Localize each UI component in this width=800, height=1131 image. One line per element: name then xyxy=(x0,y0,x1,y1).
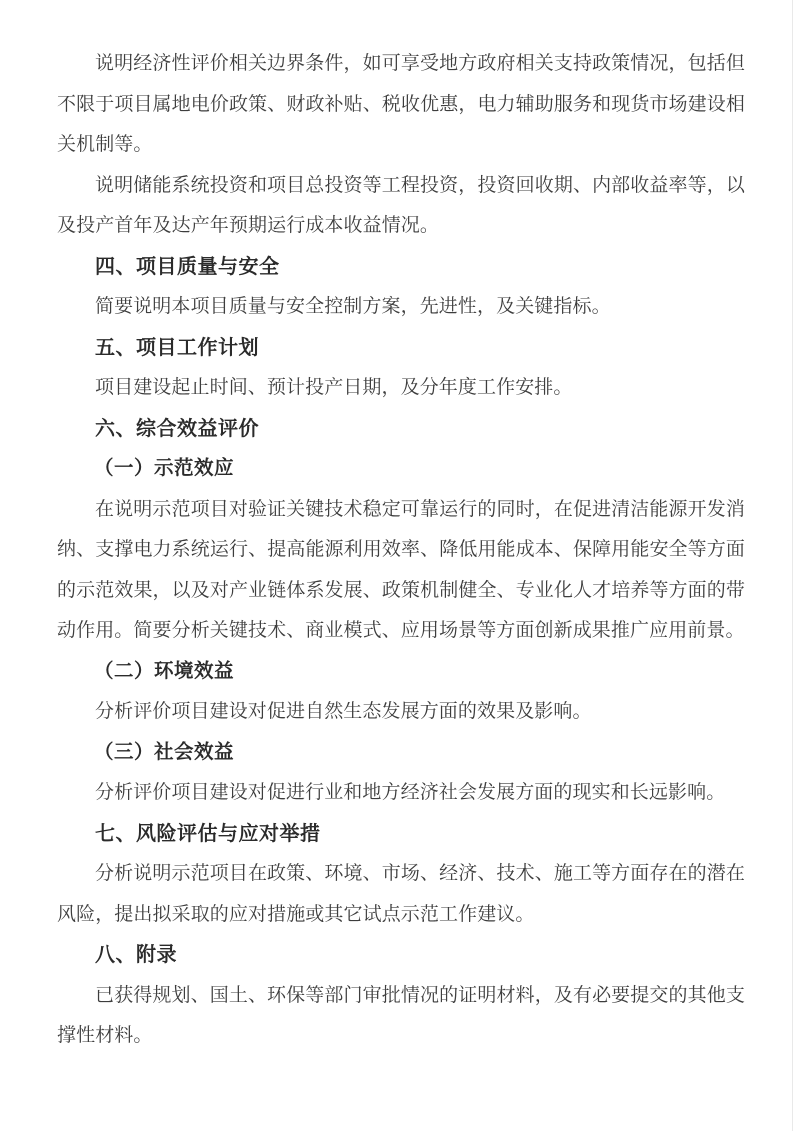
heading-section-4-quality-safety: 四、项目质量与安全 xyxy=(57,247,745,288)
para-environmental-benefit: 分析评价项目建设对促进自然生态发展方面的效果及影响。 xyxy=(57,692,745,733)
subheading-3-social-benefit: （三）社会效益 xyxy=(57,733,745,774)
subheading-2-environmental-benefit: （二）环境效益 xyxy=(57,652,745,693)
document-page: 说明经济性评价相关边界条件，如可享受地方政府相关支持政策情况，包括但不限于项目属… xyxy=(0,0,800,1131)
para-quality-safety-plan: 简要说明本项目质量与安全控制方案，先进性，及关键指标。 xyxy=(57,287,745,328)
para-investment-returns: 说明储能系统投资和项目总投资等工程投资，投资回收期、内部收益率等，以及投产首年及… xyxy=(57,166,745,247)
subheading-1-demonstration-effect: （一）示范效应 xyxy=(57,449,745,490)
para-social-benefit: 分析评价项目建设对促进行业和地方经济社会发展方面的现实和长远影响。 xyxy=(57,773,745,814)
para-demonstration-effect: 在说明示范项目对验证关键技术稳定可靠运行的同时，在促进清洁能源开发消纳、支撑电力… xyxy=(57,490,745,652)
scan-edge-line xyxy=(792,0,793,1131)
document-content: 说明经济性评价相关边界条件，如可享受地方政府相关支持政策情况，包括但不限于项目属… xyxy=(57,44,745,1057)
para-risk-response: 分析说明示范项目在政策、环境、市场、经济、技术、施工等方面存在的潜在风险，提出拟… xyxy=(57,854,745,935)
heading-section-7-risk-response: 七、风险评估与应对举措 xyxy=(57,814,745,855)
para-appendix-materials: 已获得规划、国土、环保等部门审批情况的证明材料，及有必要提交的其他支撑性材料。 xyxy=(57,976,745,1057)
heading-section-5-work-plan: 五、项目工作计划 xyxy=(57,328,745,369)
heading-section-8-appendix: 八、附录 xyxy=(57,935,745,976)
para-schedule: 项目建设起止时间、预计投产日期，及分年度工作安排。 xyxy=(57,368,745,409)
para-economic-boundary: 说明经济性评价相关边界条件，如可享受地方政府相关支持政策情况，包括但不限于项目属… xyxy=(57,44,745,166)
heading-section-6-benefit-evaluation: 六、综合效益评价 xyxy=(57,409,745,450)
